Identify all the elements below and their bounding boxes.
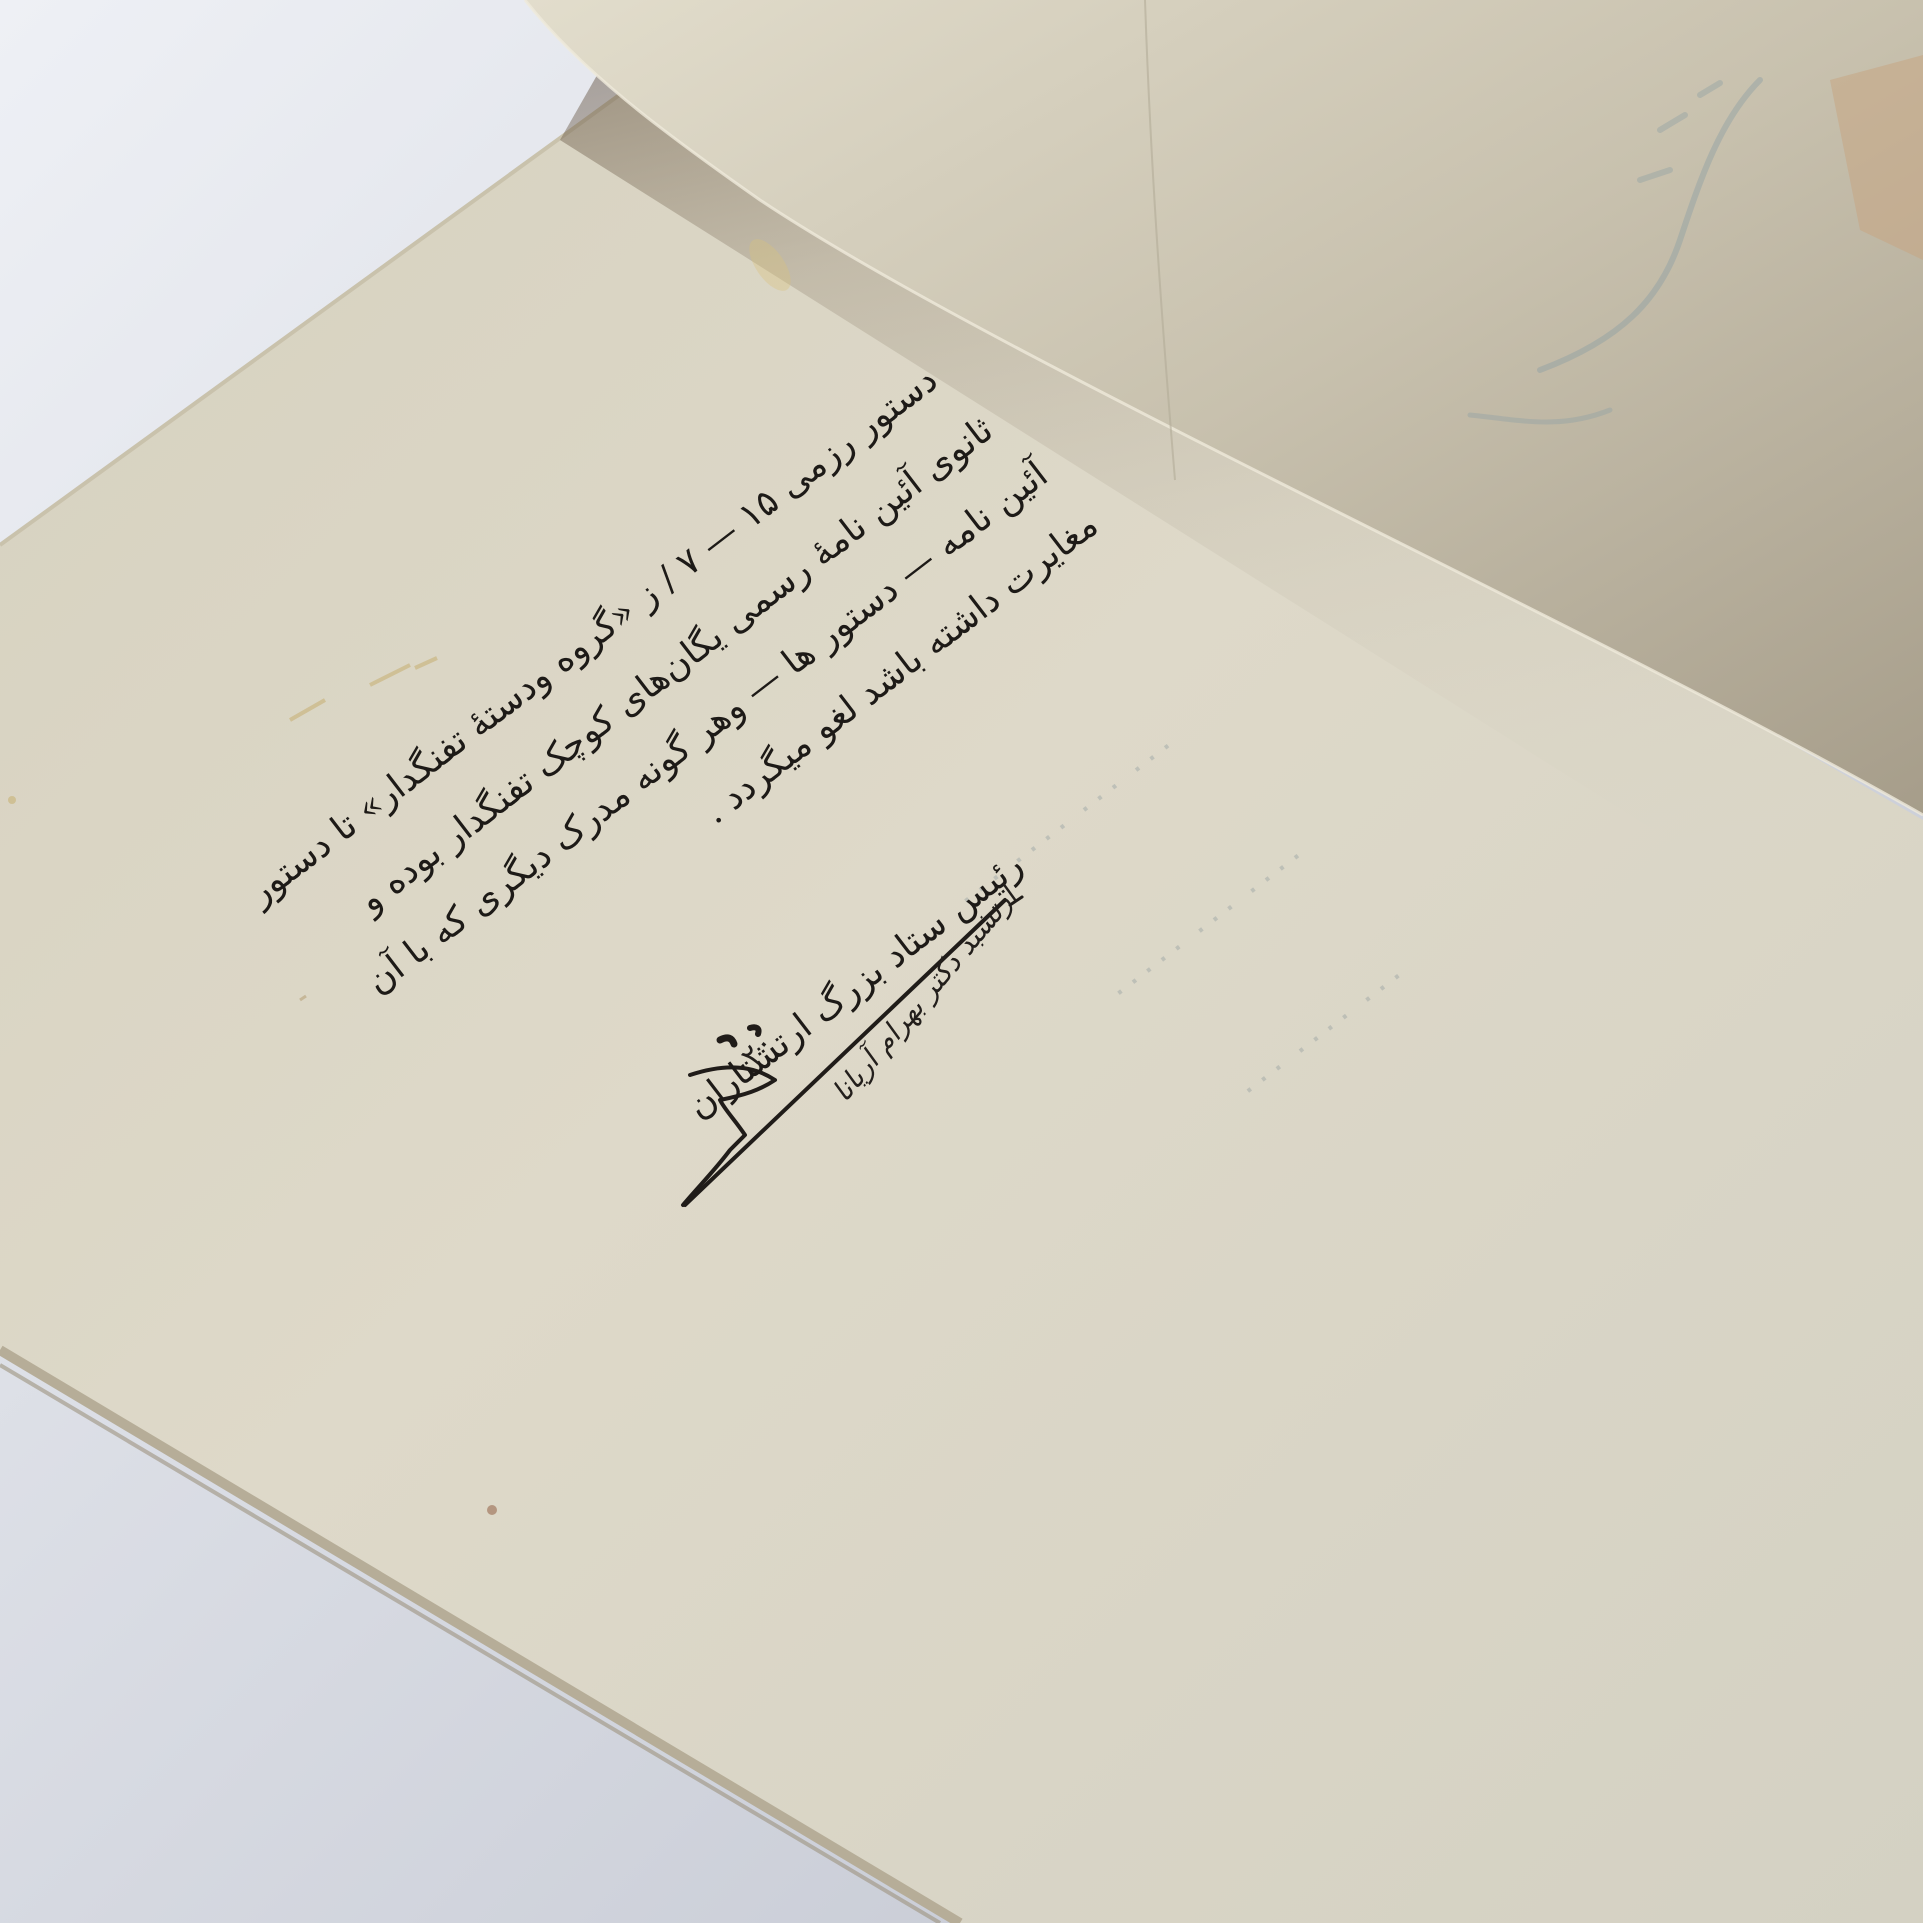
book-photo-scene [0,0,1923,1923]
